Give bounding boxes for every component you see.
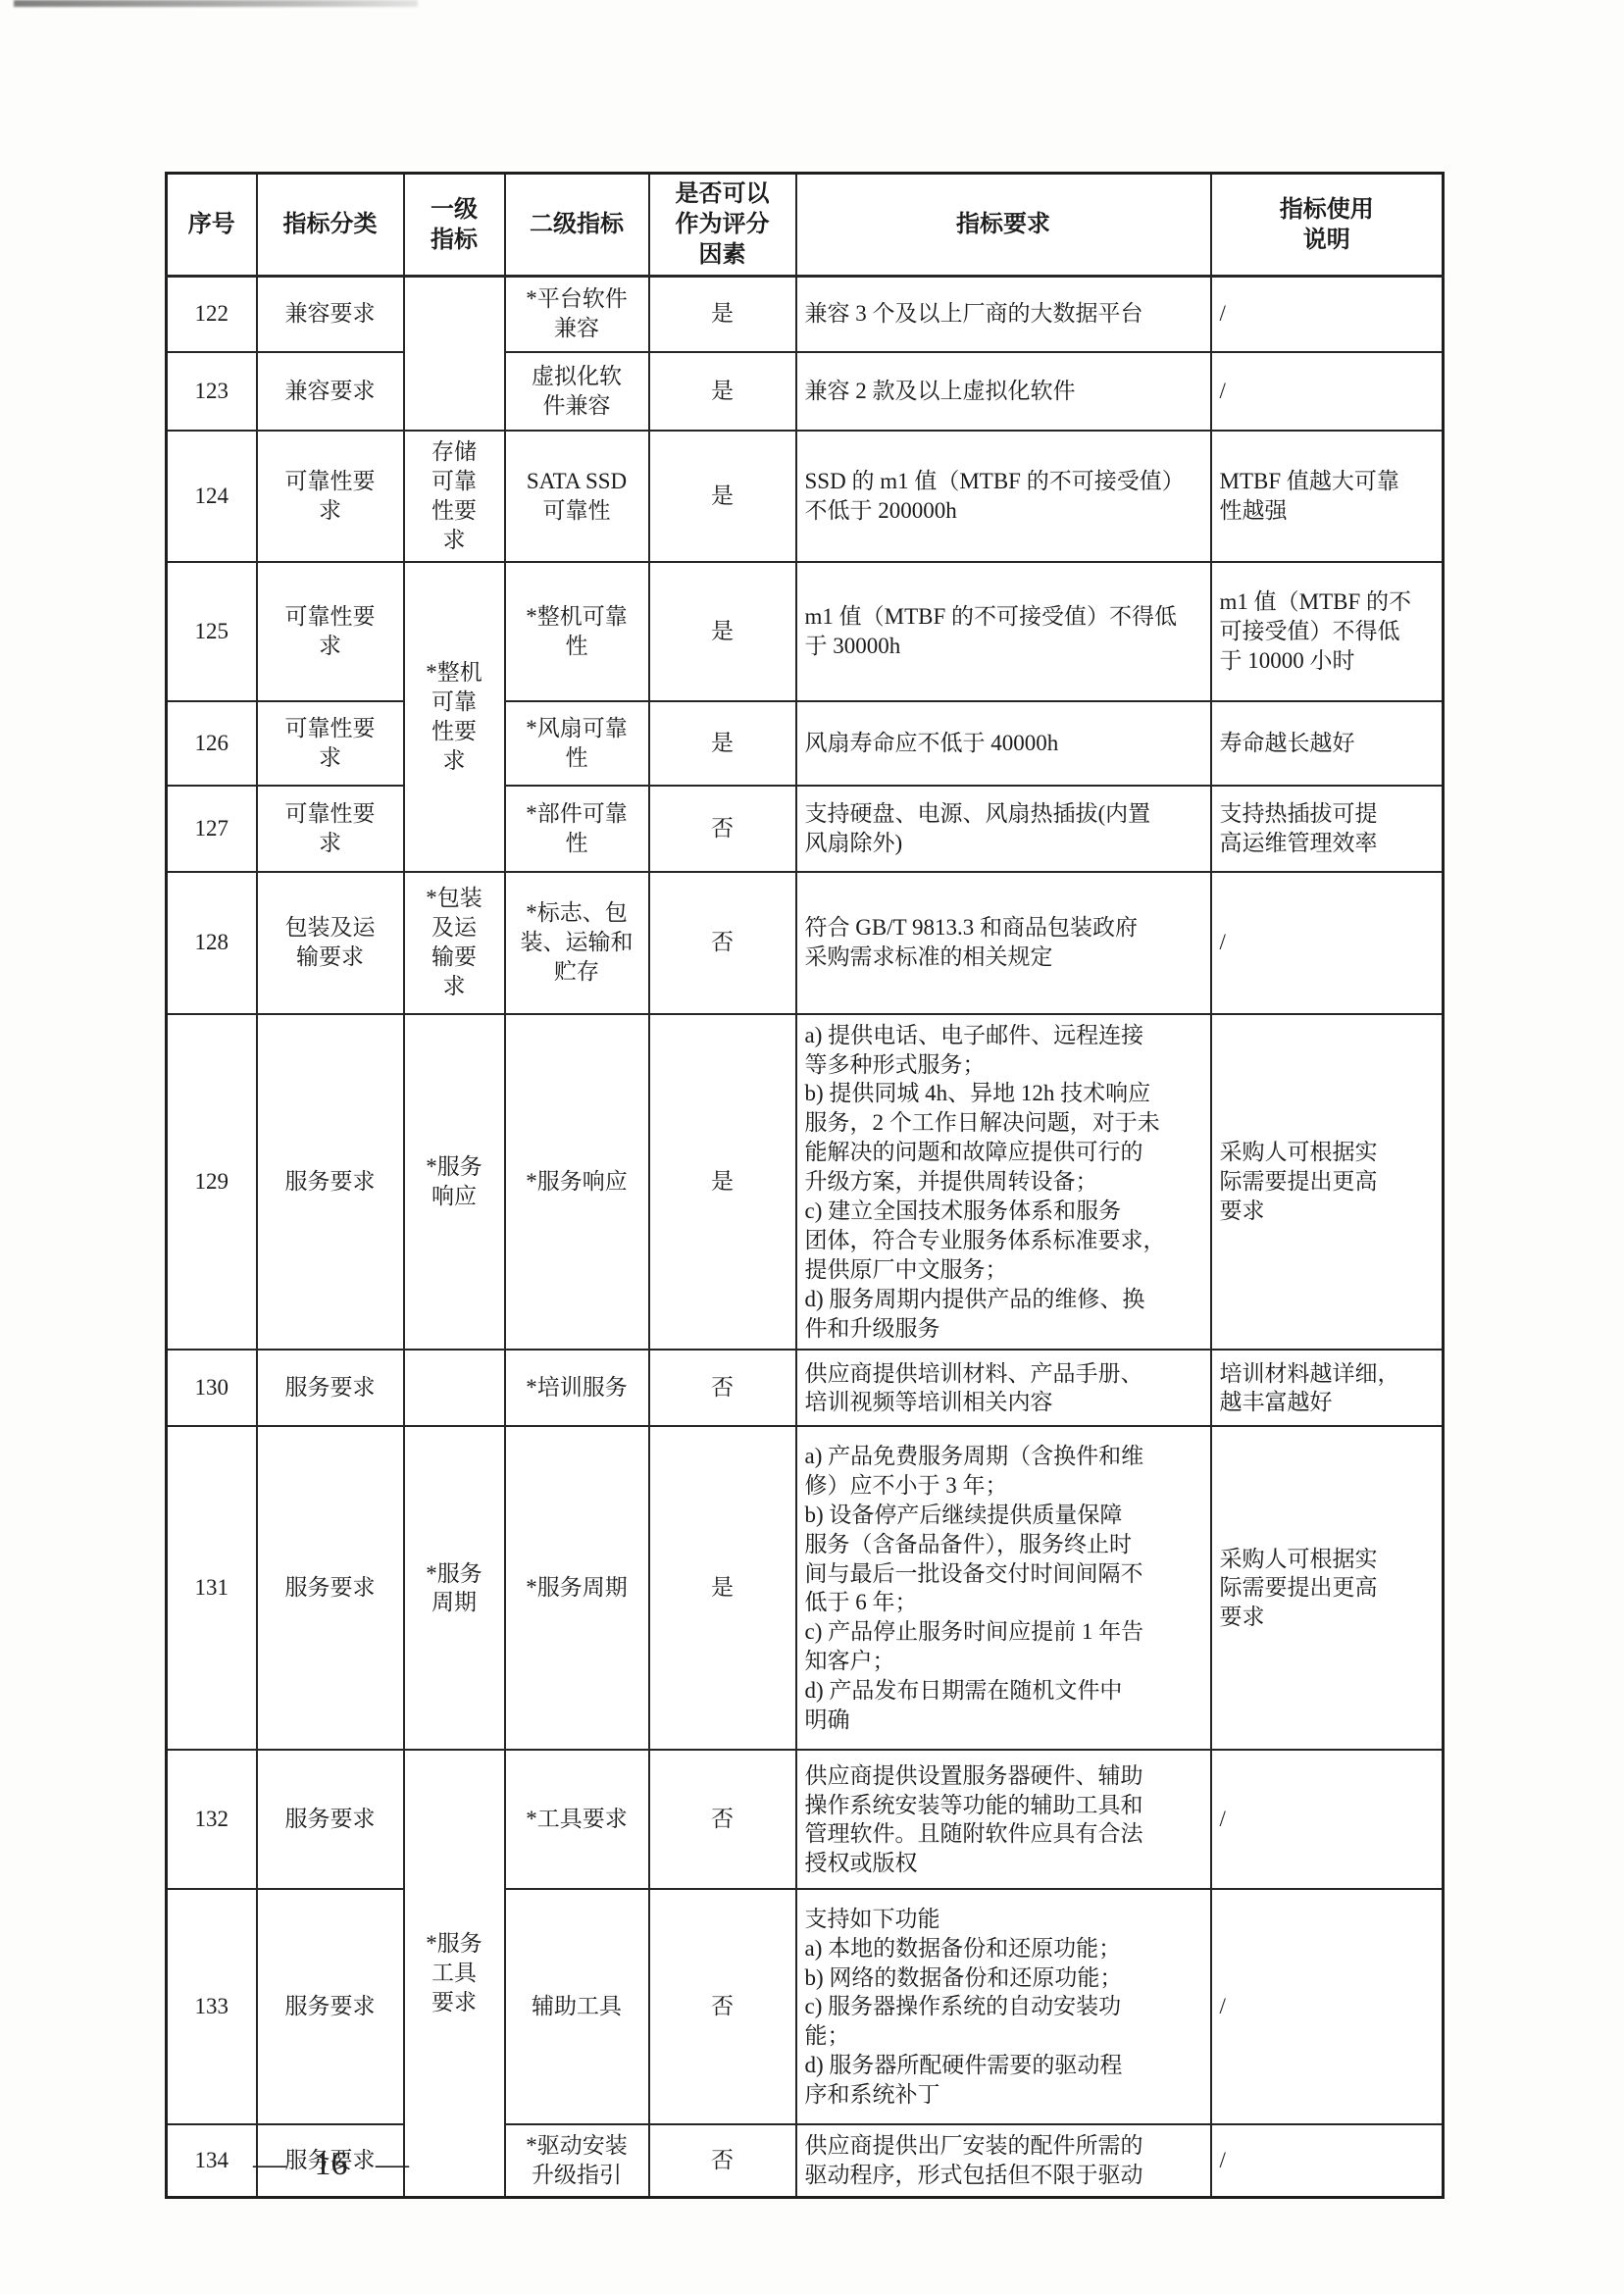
header-row: 序号 指标分类 一级 指标 二级指标 是否可以 作为评分 因素 指标要求 指标使… (167, 174, 1444, 277)
level1-cell: *服务 响应 (404, 1014, 505, 1351)
usage-cell: / (1211, 352, 1444, 431)
category-cell: 可靠性要 求 (257, 701, 404, 786)
no-cell: 129 (167, 1014, 257, 1351)
no-cell: 124 (167, 431, 257, 562)
scoring-cell: 是 (649, 701, 796, 786)
scoring-cell: 是 (649, 1426, 796, 1750)
table-row: 123 兼容要求 虚拟化软 件兼容 是 兼容 2 款及以上虚拟化软件 / (167, 352, 1444, 431)
usage-cell: 采购人可根据实 际需要提出更高 要求 (1211, 1426, 1444, 1750)
category-cell: 服务要求 (257, 1014, 404, 1351)
level2-cell: 虚拟化软 件兼容 (505, 352, 649, 431)
header-cell-level2: 二级指标 (505, 174, 649, 277)
usage-cell: 支持热插拔可提 高运维管理效率 (1211, 786, 1444, 872)
requirement-cell: 支持如下功能 a) 本地的数据备份和还原功能； b) 网络的数据备份和还原功能；… (796, 1889, 1211, 2124)
level2-cell: 辅助工具 (505, 1889, 649, 2124)
category-cell: 服务要求 (257, 1350, 404, 1426)
table-row: 124 可靠性要 求 存储 可靠 性要 求 SATA SSD 可靠性 是 SSD… (167, 431, 1444, 562)
usage-cell: m1 值（MTBF 的不 可接受值）不得低 于 10000 小时 (1211, 562, 1444, 701)
level2-cell: *标志、包 装、运输和 贮存 (505, 872, 649, 1014)
requirement-cell: m1 值（MTBF 的不可接受值）不得低 于 30000h (796, 562, 1211, 701)
category-cell: 可靠性要 求 (257, 431, 404, 562)
no-cell: 123 (167, 352, 257, 431)
usage-cell: / (1211, 1750, 1444, 1889)
level1-cell: *服务 工具 要求 (404, 1750, 505, 2197)
category-cell: 兼容要求 (257, 352, 404, 431)
scoring-cell: 是 (649, 276, 796, 352)
table-row: 128 包装及运 输要求 *包装 及运 输要 求 *标志、包 装、运输和 贮存 … (167, 872, 1444, 1014)
document-page: 序号 指标分类 一级 指标 二级指标 是否可以 作为评分 因素 指标要求 指标使… (0, 0, 1624, 2294)
scoring-cell: 否 (649, 1750, 796, 1889)
no-cell: 125 (167, 562, 257, 701)
level2-cell: *工具要求 (505, 1750, 649, 1889)
usage-cell: / (1211, 2124, 1444, 2197)
usage-cell: / (1211, 872, 1444, 1014)
scoring-cell: 否 (649, 1350, 796, 1426)
header-cell-usage: 指标使用 说明 (1211, 174, 1444, 277)
requirement-cell: SSD 的 m1 值（MTBF 的不可接受值） 不低于 200000h (796, 431, 1211, 562)
scoring-cell: 是 (649, 431, 796, 562)
requirement-cell: 供应商提供培训材料、产品手册、 培训视频等培训相关内容 (796, 1350, 1211, 1426)
table-row: 133 服务要求 辅助工具 否 支持如下功能 a) 本地的数据备份和还原功能； … (167, 1889, 1444, 2124)
level1-cell: 存储 可靠 性要 求 (404, 431, 505, 562)
category-cell: 可靠性要 求 (257, 562, 404, 701)
requirement-cell: a) 提供电话、电子邮件、远程连接 等多种形式服务； b) 提供同城 4h、异地… (796, 1014, 1211, 1351)
usage-cell: 采购人可根据实 际需要提出更高 要求 (1211, 1014, 1444, 1351)
level2-cell: *部件可靠 性 (505, 786, 649, 872)
requirement-cell: a) 产品免费服务周期（含换件和维 修）应不小于 3 年； b) 设备停产后继续… (796, 1426, 1211, 1750)
requirement-cell: 支持硬盘、电源、风扇热插拔(内置 风扇除外) (796, 786, 1211, 872)
table-row: 130 服务要求 *培训服务 否 供应商提供培训材料、产品手册、 培训视频等培训… (167, 1350, 1444, 1426)
table-row: 132 服务要求 *服务 工具 要求 *工具要求 否 供应商提供设置服务器硬件、… (167, 1750, 1444, 1889)
category-cell: 服务要求 (257, 1426, 404, 1750)
requirement-cell: 风扇寿命应不低于 40000h (796, 701, 1211, 786)
table-row: 131 服务要求 *服务 周期 *服务周期 是 a) 产品免费服务周期（含换件和… (167, 1426, 1444, 1750)
level2-cell: *培训服务 (505, 1350, 649, 1426)
level1-cell (404, 276, 505, 431)
scoring-cell: 否 (649, 872, 796, 1014)
requirement-cell: 供应商提供出厂安装的配件所需的 驱动程序，形式包括但不限于驱动 (796, 2124, 1211, 2197)
level2-cell: *整机可靠 性 (505, 562, 649, 701)
requirement-cell: 兼容 2 款及以上虚拟化软件 (796, 352, 1211, 431)
table-row: 129 服务要求 *服务 响应 *服务响应 是 a) 提供电话、电子邮件、远程连… (167, 1014, 1444, 1351)
no-cell: 128 (167, 872, 257, 1014)
no-cell: 126 (167, 701, 257, 786)
header-cell-scoring: 是否可以 作为评分 因素 (649, 174, 796, 277)
usage-cell: 培训材料越详细， 越丰富越好 (1211, 1350, 1444, 1426)
scoring-cell: 否 (649, 1889, 796, 2124)
scoring-cell: 是 (649, 562, 796, 701)
level2-cell: *服务周期 (505, 1426, 649, 1750)
level2-cell: *平台软件 兼容 (505, 276, 649, 352)
level1-cell: *整机 可靠 性要 求 (404, 562, 505, 872)
no-cell: 130 (167, 1350, 257, 1426)
usage-cell: / (1211, 276, 1444, 352)
no-cell: 127 (167, 786, 257, 872)
level1-cell: *服务 周期 (404, 1426, 505, 1750)
requirement-cell: 兼容 3 个及以上厂商的大数据平台 (796, 276, 1211, 352)
category-cell: 服务要求 (257, 1889, 404, 2124)
level2-cell: *驱动安装 升级指引 (505, 2124, 649, 2197)
header-cell-level1: 一级 指标 (404, 174, 505, 277)
scan-artifact-smudge (14, 0, 418, 7)
scoring-cell: 否 (649, 2124, 796, 2197)
no-cell: 132 (167, 1750, 257, 1889)
level1-cell (404, 1350, 505, 1426)
no-cell: 133 (167, 1889, 257, 2124)
indicator-spec-table: 序号 指标分类 一级 指标 二级指标 是否可以 作为评分 因素 指标要求 指标使… (165, 172, 1445, 2199)
scoring-cell: 否 (649, 786, 796, 872)
header-cell-requirement: 指标要求 (796, 174, 1211, 277)
header-cell-no: 序号 (167, 174, 257, 277)
category-cell: 包装及运 输要求 (257, 872, 404, 1014)
usage-cell: / (1211, 1889, 1444, 2124)
level1-cell: *包装 及运 输要 求 (404, 872, 505, 1014)
requirement-cell: 符合 GB/T 9813.3 和商品包装政府 采购需求标准的相关规定 (796, 872, 1211, 1014)
table-row: 125 可靠性要 求 *整机 可靠 性要 求 *整机可靠 性 是 m1 值（MT… (167, 562, 1444, 701)
requirement-cell: 供应商提供设置服务器硬件、辅助 操作系统安装等功能的辅助工具和 管理软件。且随附… (796, 1750, 1211, 1889)
table-row: 127 可靠性要 求 *部件可靠 性 否 支持硬盘、电源、风扇热插拔(内置 风扇… (167, 786, 1444, 872)
level2-cell: *风扇可靠 性 (505, 701, 649, 786)
no-cell: 122 (167, 276, 257, 352)
no-cell: 134 (167, 2124, 257, 2197)
table-row: 126 可靠性要 求 *风扇可靠 性 是 风扇寿命应不低于 40000h 寿命越… (167, 701, 1444, 786)
category-cell: 可靠性要 求 (257, 786, 404, 872)
page-number: — 16 — (253, 2146, 409, 2183)
header-cell-category: 指标分类 (257, 174, 404, 277)
scoring-cell: 是 (649, 352, 796, 431)
category-cell: 兼容要求 (257, 276, 404, 352)
scoring-cell: 是 (649, 1014, 796, 1351)
level2-cell: *服务响应 (505, 1014, 649, 1351)
no-cell: 131 (167, 1426, 257, 1750)
table-row: 122 兼容要求 *平台软件 兼容 是 兼容 3 个及以上厂商的大数据平台 / (167, 276, 1444, 352)
usage-cell: 寿命越长越好 (1211, 701, 1444, 786)
level2-cell: SATA SSD 可靠性 (505, 431, 649, 562)
usage-cell: MTBF 值越大可靠 性越强 (1211, 431, 1444, 562)
category-cell: 服务要求 (257, 1750, 404, 1889)
